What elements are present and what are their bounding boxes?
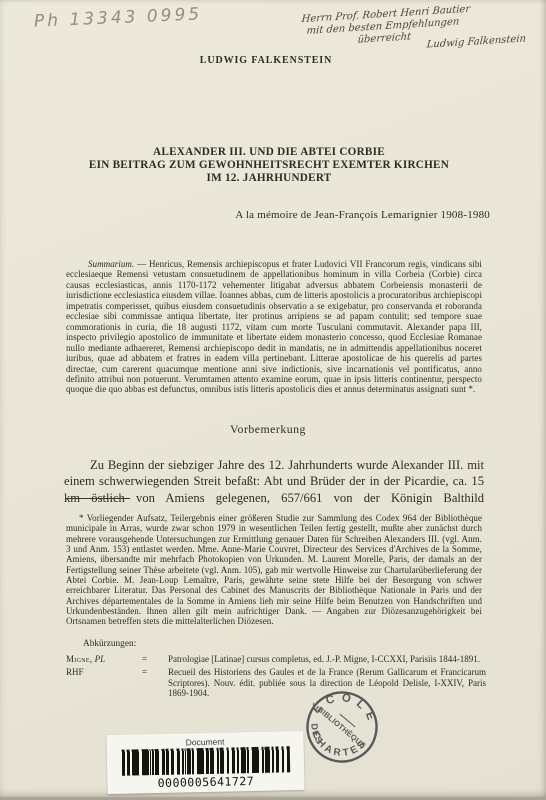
section-heading: Vorbemerkung: [0, 422, 536, 437]
article-title: ALEXANDER III. UND DIE ABTEI CORBIE EIN …: [0, 146, 538, 186]
summarium-label: Summarium.: [88, 259, 134, 269]
footnote-separator: [66, 498, 130, 499]
summarium-text: — Henricus, Remensis archiepiscopus et f…: [66, 259, 482, 394]
abbreviation-term: RHF: [66, 667, 142, 699]
abbreviation-term: Migne, PL: [66, 654, 142, 665]
title-line-1: ALEXANDER III. UND DIE ABTEI CORBIE: [0, 146, 538, 159]
library-stamp: ÉCOLE DES CHARTES BIBLIOTHÈQUE: [296, 681, 387, 772]
handwritten-dedication: Herrn Prof. Robert Henri Bautier mit den…: [298, 0, 537, 59]
footnote-text: Vorliegender Aufsatz, Teilergebnis einer…: [66, 513, 482, 626]
abbr-term-name: RHF: [66, 667, 84, 677]
barcode-number: 0000005641727: [157, 773, 254, 789]
author-name: LUDWIG FALKENSTEIN: [0, 55, 532, 66]
abbreviation-row: Migne, PL = Patrologiae [Latinae] cursus…: [66, 654, 486, 665]
barcode-sticker: Document 0000005641727: [106, 731, 304, 794]
abbreviations-block: Abkürzungen: Migne, PL = Patrologiae [La…: [66, 639, 486, 701]
equals-sign: =: [142, 667, 168, 699]
pencil-shelfmark: Ph 13343 0995: [34, 4, 203, 31]
footnote: * Vorliegender Aufsatz, Teilergebnis ein…: [66, 513, 482, 627]
abbreviations-heading: Abkürzungen:: [83, 639, 486, 649]
barcode-icon: [121, 746, 290, 776]
title-line-3: IM 12. JAHRHUNDERT: [0, 172, 538, 185]
equals-sign: =: [142, 654, 168, 665]
barcode-label: Document: [186, 736, 225, 747]
summarium-abstract: Summarium. — Henricus, Remensis archiepi…: [66, 259, 482, 395]
memorial-dedication: A la mémoire de Jean-François Lemarignie…: [235, 209, 490, 221]
abbr-term-suffix: PL: [95, 654, 106, 664]
title-line-2: EIN BEITRAG ZUM GEWOHNHEITSRECHT EXEMTER…: [0, 159, 538, 172]
scanned-article-page: Ph 13343 0995 Herrn Prof. Robert Henri B…: [0, 0, 546, 800]
abbreviation-row: RHF = Recueil des Historiens des Gaules …: [66, 667, 486, 699]
abbr-term-name: Migne,: [66, 654, 92, 664]
round-stamp-icon: ÉCOLE DES CHARTES BIBLIOTHÈQUE: [296, 681, 387, 772]
abbreviation-definition: Patrologiae [Latinae] cursus completus, …: [168, 654, 486, 665]
